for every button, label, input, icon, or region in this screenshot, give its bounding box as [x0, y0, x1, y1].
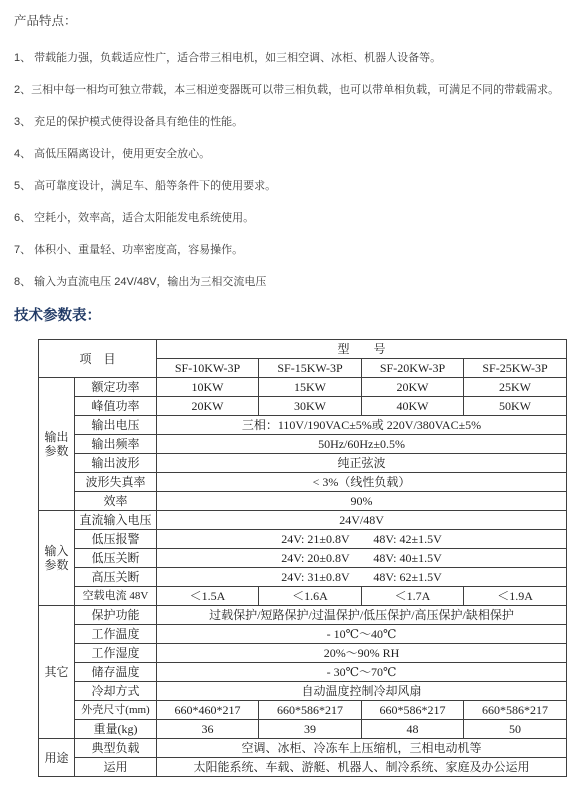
- cell: 90%: [157, 492, 567, 511]
- spec-table-title: 技术参数表：: [14, 307, 570, 326]
- cell: 自动温度控制冷却风扇: [157, 682, 567, 701]
- row-label: 直流输入电压: [75, 511, 157, 530]
- table-row: 重量(kg) 36 39 48 50: [39, 720, 567, 739]
- cell: ＜1.9A: [464, 587, 567, 606]
- table-row: 输出波形 纯正弦波: [39, 454, 567, 473]
- row-label: 保护功能: [75, 606, 157, 625]
- cell: 10KW: [157, 378, 259, 397]
- row-label: 输出电压: [75, 416, 157, 435]
- model-name: SF-25KW-3P: [464, 359, 567, 378]
- cell: 660*586*217: [259, 701, 362, 720]
- cell: 50: [464, 720, 567, 739]
- group-label-input: 输入参数: [39, 511, 75, 606]
- row-label: 冷却方式: [75, 682, 157, 701]
- cell: 50KW: [464, 397, 567, 416]
- cell: 三相：110V/190VAC±5%或 220V/380VAC±5%: [157, 416, 567, 435]
- row-label: 波形失真率: [75, 473, 157, 492]
- table-row: 输入参数 直流输入电压 24V/48V: [39, 511, 567, 530]
- cell: ＜1.6A: [259, 587, 362, 606]
- table-row: 工作湿度 20%～90% RH: [39, 644, 567, 663]
- cell: 20%～90% RH: [157, 644, 567, 663]
- feature-item-4: 4、 高低压隔离设计，使用更安全放心。: [14, 147, 570, 162]
- cell: 30KW: [259, 397, 362, 416]
- cell: 20KW: [362, 378, 464, 397]
- group-label-usage: 用途: [39, 739, 75, 777]
- cell: 24V: 21±0.8V 48V: 42±1.5V: [157, 530, 567, 549]
- feature-item-5: 5、 高可靠度设计，满足车、船等条件下的使用要求。: [14, 179, 570, 194]
- group-label-output: 输出参数: [39, 378, 75, 511]
- row-label: 外壳尺寸(mm): [75, 701, 157, 720]
- cell: ＜1.7A: [362, 587, 464, 606]
- features-title: 产品特点：: [14, 14, 570, 29]
- table-row: 运用 太阳能系统、车载、游艇、机器人、制冷系统、家庭及办公运用: [39, 758, 567, 777]
- row-label: 输出波形: [75, 454, 157, 473]
- feature-item-2: 2、三相中每一相均可独立带载，本三相逆变器既可以带三相负载，也可以带单相负载，可…: [14, 83, 570, 98]
- table-row: 其它 保护功能 过载保护/短路保护/过温保护/低压保护/高压保护/缺相保护: [39, 606, 567, 625]
- spec-table: 项 目 型 号 SF-10KW-3P SF-15KW-3P SF-20KW-3P…: [38, 339, 567, 777]
- row-label: 重量(kg): [75, 720, 157, 739]
- header-model-cell: 型 号: [157, 340, 567, 359]
- cell: - 10℃～40℃: [157, 625, 567, 644]
- table-header-row-1: 项 目 型 号: [39, 340, 567, 359]
- cell: 660*460*217: [157, 701, 259, 720]
- table-row: 输出参数 额定功率 10KW 15KW 20KW 25KW: [39, 378, 567, 397]
- table-row: 工作温度 - 10℃～40℃: [39, 625, 567, 644]
- table-row: 低压报警 24V: 21±0.8V 48V: 42±1.5V: [39, 530, 567, 549]
- cell: 24V: 20±0.8V 48V: 40±1.5V: [157, 549, 567, 568]
- cell: 48: [362, 720, 464, 739]
- cell: 20KW: [157, 397, 259, 416]
- row-label: 高压关断: [75, 568, 157, 587]
- cell: 过载保护/短路保护/过温保护/低压保护/高压保护/缺相保护: [157, 606, 567, 625]
- table-row: 空载电流 48V ＜1.5A ＜1.6A ＜1.7A ＜1.9A: [39, 587, 567, 606]
- document-page: 产品特点： 1、 带载能力强，负载适应性广，适合带三相电机，如三相空调、冰柜、机…: [0, 0, 570, 777]
- feature-item-1: 1、 带载能力强，负载适应性广，适合带三相电机，如三相空调、冰柜、机器人设备等。: [14, 51, 570, 66]
- row-label: 输出频率: [75, 435, 157, 454]
- cell: 25KW: [464, 378, 567, 397]
- table-row: 用途 典型负载 空调、冰柜、冷冻车上压缩机，三相电动机等: [39, 739, 567, 758]
- row-label: 低压关断: [75, 549, 157, 568]
- table-row: 输出电压 三相：110V/190VAC±5%或 220V/380VAC±5%: [39, 416, 567, 435]
- feature-item-7: 7、 体积小、重量轻、功率密度高，容易操作。: [14, 243, 570, 258]
- table-row: 冷却方式 自动温度控制冷却风扇: [39, 682, 567, 701]
- cell: 50Hz/60Hz±0.5%: [157, 435, 567, 454]
- model-name: SF-20KW-3P: [362, 359, 464, 378]
- row-label: 工作温度: [75, 625, 157, 644]
- table-row: 储存温度 - 30℃～70℃: [39, 663, 567, 682]
- table-row: 效率 90%: [39, 492, 567, 511]
- cell: 660*586*217: [362, 701, 464, 720]
- row-label: 效率: [75, 492, 157, 511]
- group-label-other: 其它: [39, 606, 75, 739]
- model-name: SF-10KW-3P: [157, 359, 259, 378]
- cell: < 3%（线性负载）: [157, 473, 567, 492]
- cell: 39: [259, 720, 362, 739]
- row-label: 额定功率: [75, 378, 157, 397]
- table-row: 峰值功率 20KW 30KW 40KW 50KW: [39, 397, 567, 416]
- cell: 空调、冰柜、冷冻车上压缩机，三相电动机等: [157, 739, 567, 758]
- row-label: 峰值功率: [75, 397, 157, 416]
- cell: 15KW: [259, 378, 362, 397]
- cell: ＜1.5A: [157, 587, 259, 606]
- table-row: 输出频率 50Hz/60Hz±0.5%: [39, 435, 567, 454]
- feature-item-3: 3、 充足的保护模式使得设备具有绝佳的性能。: [14, 115, 570, 130]
- table-row: 低压关断 24V: 20±0.8V 48V: 40±1.5V: [39, 549, 567, 568]
- row-label: 工作湿度: [75, 644, 157, 663]
- row-label: 低压报警: [75, 530, 157, 549]
- cell: 40KW: [362, 397, 464, 416]
- row-label: 储存温度: [75, 663, 157, 682]
- feature-item-6: 6、 空耗小，效率高，适合太阳能发电系统使用。: [14, 211, 570, 226]
- cell: 24V/48V: [157, 511, 567, 530]
- table-row: 高压关断 24V: 31±0.8V 48V: 62±1.5V: [39, 568, 567, 587]
- cell: - 30℃～70℃: [157, 663, 567, 682]
- table-row: 外壳尺寸(mm) 660*460*217 660*586*217 660*586…: [39, 701, 567, 720]
- row-label: 空载电流 48V: [75, 587, 157, 606]
- header-item-cell: 项 目: [39, 340, 157, 378]
- cell: 24V: 31±0.8V 48V: 62±1.5V: [157, 568, 567, 587]
- table-row: 波形失真率 < 3%（线性负载）: [39, 473, 567, 492]
- row-label: 运用: [75, 758, 157, 777]
- cell: 太阳能系统、车载、游艇、机器人、制冷系统、家庭及办公运用: [157, 758, 567, 777]
- cell: 660*586*217: [464, 701, 567, 720]
- feature-item-8: 8、 输入为直流电压 24V/48V，输出为三相交流电压: [14, 275, 570, 290]
- cell: 36: [157, 720, 259, 739]
- model-name: SF-15KW-3P: [259, 359, 362, 378]
- cell: 纯正弦波: [157, 454, 567, 473]
- row-label: 典型负载: [75, 739, 157, 758]
